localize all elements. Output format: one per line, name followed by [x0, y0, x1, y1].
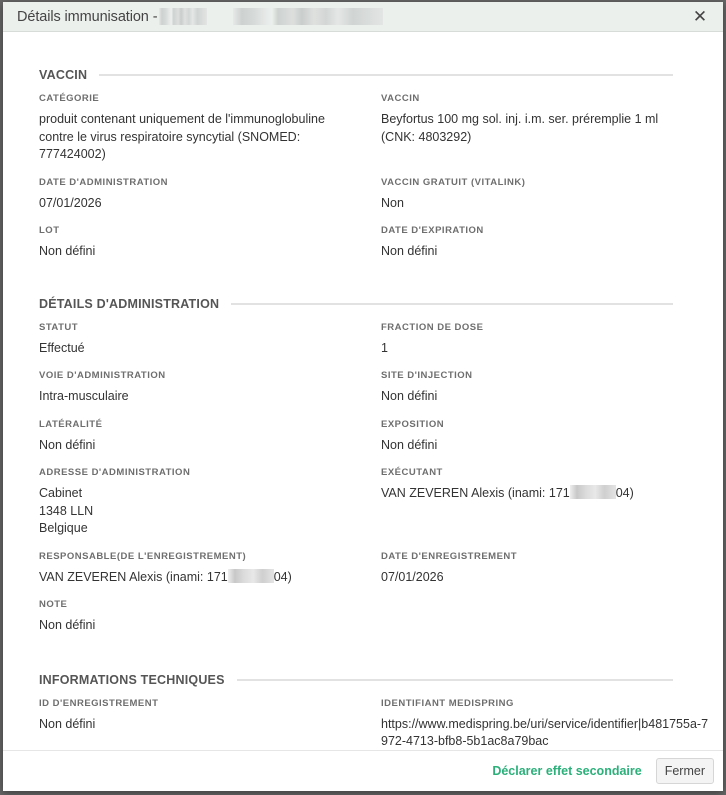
section-header: DÉTAILS D'ADMINISTRATION — [39, 297, 673, 311]
field-value: Beyfortus 100 mg sol. inj. i.m. ser. pré… — [381, 111, 673, 146]
field-label: IDENTIFIANT MEDISPRING — [381, 697, 673, 710]
dialog-header: Détails immunisation - ✕ — [3, 2, 723, 32]
field-value: https://www.medispring.be/uri/service/id… — [381, 716, 713, 751]
field-label: DATE D'EXPIRATION — [381, 224, 673, 237]
field-label: DATE D'ADMINISTRATION — [39, 176, 381, 189]
section-title: VACCIN — [39, 68, 87, 82]
field-responsable: RESPONSABLE(DE L'ENREGISTREMENT) VAN ZEV… — [39, 550, 381, 587]
field-value: Cabinet 1348 LLN Belgique — [39, 485, 381, 538]
field-label: DATE D'ENREGISTREMENT — [381, 550, 673, 563]
section-header: INFORMATIONS TECHNIQUES — [39, 673, 673, 687]
field-label: ADRESSE D'ADMINISTRATION — [39, 466, 381, 479]
immunization-details-dialog: Détails immunisation - ✕ VACCIN CATÉGORI… — [3, 2, 723, 791]
section-title: INFORMATIONS TECHNIQUES — [39, 673, 225, 687]
field-label: RESPONSABLE(DE L'ENREGISTREMENT) — [39, 550, 381, 563]
section-vaccin: VACCIN CATÉGORIE produit contenant uniqu… — [39, 68, 673, 273]
field-value: 1 — [381, 340, 673, 358]
section-divider — [231, 303, 673, 305]
field-label: LATÉRALITÉ — [39, 418, 381, 431]
address-line: Cabinet — [39, 485, 381, 503]
field-value: Non défini — [39, 437, 381, 455]
field-date-enregistrement: DATE D'ENREGISTREMENT 07/01/2026 — [381, 550, 673, 587]
close-icon[interactable]: ✕ — [691, 8, 709, 26]
field-exposition: EXPOSITION Non défini — [381, 418, 673, 455]
dialog-footer: Déclarer effet secondaire Fermer — [3, 750, 723, 791]
field-lateralite: LATÉRALITÉ Non défini — [39, 418, 381, 455]
dialog-body: VACCIN CATÉGORIE produit contenant uniqu… — [3, 32, 723, 750]
field-note: NOTE Non défini — [39, 598, 381, 635]
field-value: Non défini — [39, 617, 381, 635]
section-header: VACCIN — [39, 68, 673, 82]
field-identifiant-medispring: IDENTIFIANT MEDISPRING https://www.medis… — [381, 697, 673, 751]
field-value: Non défini — [381, 388, 673, 406]
field-id-enregistrement: ID D'ENREGISTREMENT Non défini — [39, 697, 381, 751]
field-value: Non défini — [381, 437, 673, 455]
section-divider — [99, 74, 673, 76]
field-label: VACCIN — [381, 92, 673, 105]
declare-side-effect-button[interactable]: Déclarer effet secondaire — [492, 764, 641, 778]
section-technique: INFORMATIONS TECHNIQUES ID D'ENREGISTREM… — [39, 673, 673, 751]
address-line: Belgique — [39, 520, 381, 538]
field-label: EXÉCUTANT — [381, 466, 673, 479]
field-label: ID D'ENREGISTREMENT — [39, 697, 381, 710]
field-value: Effectué — [39, 340, 381, 358]
redacted-patient-info — [233, 8, 383, 25]
field-value: Non défini — [381, 243, 673, 261]
field-vaccin: VACCIN Beyfortus 100 mg sol. inj. i.m. s… — [381, 92, 673, 164]
field-label: NOTE — [39, 598, 381, 611]
field-adresse-administration: ADRESSE D'ADMINISTRATION Cabinet 1348 LL… — [39, 466, 381, 538]
address-line: 1348 LLN — [39, 503, 381, 521]
field-executant: EXÉCUTANT VAN ZEVEREN Alexis (inami: 171… — [381, 466, 673, 538]
redacted-patient-name — [159, 8, 207, 25]
section-administration: DÉTAILS D'ADMINISTRATION STATUT Effectué… — [39, 297, 673, 647]
field-label: VOIE D'ADMINISTRATION — [39, 369, 381, 382]
executant-inami-suffix: 04) — [616, 486, 634, 500]
field-site-injection: SITE D'INJECTION Non défini — [381, 369, 673, 406]
redacted-inami — [228, 569, 274, 583]
field-lot: LOT Non défini — [39, 224, 381, 261]
field-categorie: CATÉGORIE produit contenant uniquement d… — [39, 92, 381, 164]
field-value: 07/01/2026 — [381, 569, 673, 587]
field-label: FRACTION DE DOSE — [381, 321, 673, 334]
close-button[interactable]: Fermer — [656, 758, 714, 784]
field-label: SITE D'INJECTION — [381, 369, 673, 382]
field-label: LOT — [39, 224, 381, 237]
field-value: Non défini — [39, 716, 381, 734]
executant-name: VAN ZEVEREN Alexis (inami: 171 — [381, 486, 570, 500]
responsable-name: VAN ZEVEREN Alexis (inami: 171 — [39, 570, 228, 584]
field-label: VACCIN GRATUIT (VITALINK) — [381, 176, 673, 189]
field-value: VAN ZEVEREN Alexis (inami: 17104) — [39, 569, 381, 587]
dialog-title: Détails immunisation - — [17, 9, 157, 25]
field-date-administration: DATE D'ADMINISTRATION 07/01/2026 — [39, 176, 381, 213]
field-label: STATUT — [39, 321, 381, 334]
field-fraction-dose: FRACTION DE DOSE 1 — [381, 321, 673, 358]
field-value: VAN ZEVEREN Alexis (inami: 17104) — [381, 485, 673, 503]
field-statut: STATUT Effectué — [39, 321, 381, 358]
field-value: produit contenant uniquement de l'immuno… — [39, 111, 381, 164]
field-date-expiration: DATE D'EXPIRATION Non défini — [381, 224, 673, 261]
redacted-inami — [570, 485, 616, 499]
field-value: 07/01/2026 — [39, 195, 381, 213]
responsable-inami-suffix: 04) — [274, 570, 292, 584]
field-value: Intra-musculaire — [39, 388, 381, 406]
field-voie-administration: VOIE D'ADMINISTRATION Intra-musculaire — [39, 369, 381, 406]
field-vaccin-gratuit: VACCIN GRATUIT (VITALINK) Non — [381, 176, 673, 213]
field-value: Non — [381, 195, 673, 213]
field-value: Non défini — [39, 243, 381, 261]
section-divider — [237, 679, 673, 681]
section-title: DÉTAILS D'ADMINISTRATION — [39, 297, 219, 311]
field-label: CATÉGORIE — [39, 92, 381, 105]
field-label: EXPOSITION — [381, 418, 673, 431]
